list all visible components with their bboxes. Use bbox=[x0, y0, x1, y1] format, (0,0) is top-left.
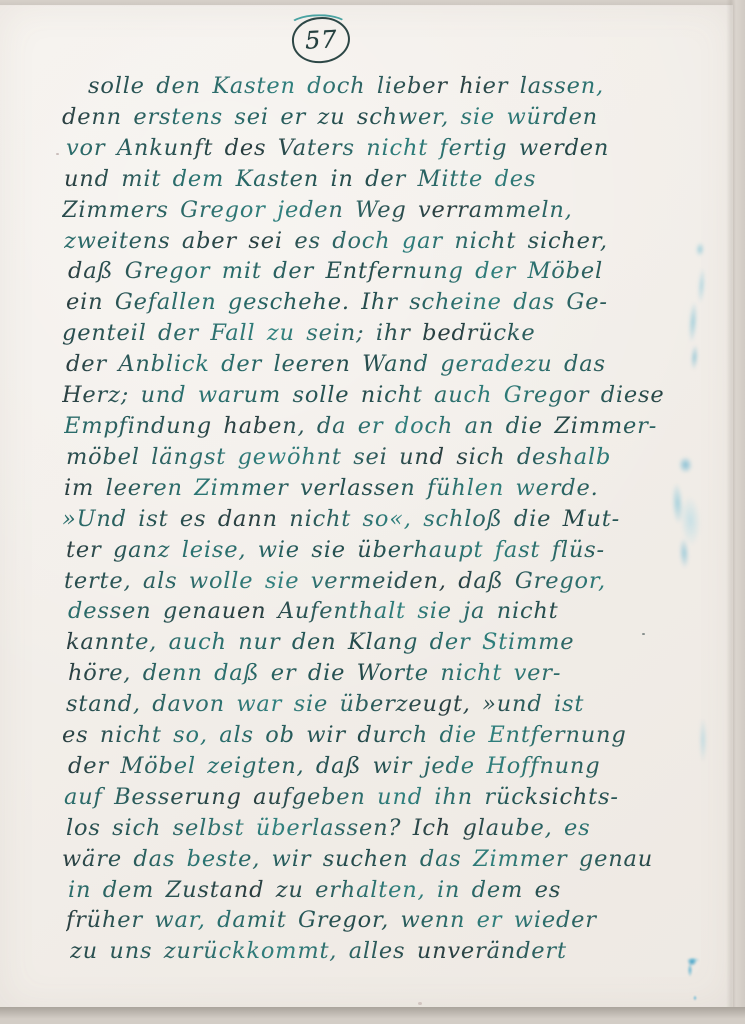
page-number: 57 bbox=[304, 25, 338, 55]
manuscript-line: denn erstens sei er zu schwer, sie würde… bbox=[62, 102, 677, 133]
page-number-badge: 57 bbox=[289, 14, 352, 67]
manuscript-line: dessen genauen Aufenthalt sie ja nicht bbox=[68, 596, 677, 627]
manuscript-line: daß Gregor mit der Entfernung der Möbel bbox=[68, 256, 677, 287]
manuscript-line: der Möbel zeigten, daß wir jede Hoffnung bbox=[68, 751, 677, 782]
paper-fleck bbox=[56, 153, 59, 155]
manuscript-line: der Anblick der leeren Wand geradezu das bbox=[66, 349, 677, 380]
scan-edge-top bbox=[0, 0, 745, 6]
manuscript-line: Empfindung haben, da er doch an die Zimm… bbox=[64, 411, 677, 442]
scan-edge-right bbox=[726, 0, 745, 1024]
manuscript-text: solle den Kasten doch lieber hier lassen… bbox=[62, 71, 677, 967]
paper-fleck bbox=[418, 1002, 422, 1005]
manuscript-line: zweitens aber sei es doch gar nicht sich… bbox=[64, 226, 677, 257]
manuscript-line: vor Ankunft des Vaters nicht fertig werd… bbox=[66, 133, 677, 164]
ink-smudge bbox=[696, 705, 710, 775]
paper-fleck bbox=[642, 633, 645, 635]
scan-edge-bottom bbox=[0, 1007, 745, 1024]
manuscript-line: stand, davon war sie überzeugt, »und ist bbox=[66, 689, 677, 720]
manuscript-line: Zimmers Gregor jeden Weg verrammeln, bbox=[62, 195, 677, 226]
manuscript-line: in dem Zustand zu erhalten, in dem es bbox=[68, 875, 677, 906]
manuscript-line: los sich selbst überlassen? Ich glaube, … bbox=[66, 813, 677, 844]
manuscript-line: terte, als wolle sie vermeiden, daß Greg… bbox=[64, 566, 677, 597]
manuscript-line: solle den Kasten doch lieber hier lassen… bbox=[88, 71, 677, 102]
ink-smudge bbox=[678, 950, 704, 980]
manuscript-line: möbel längst gewöhnt sei und sich deshal… bbox=[66, 442, 677, 473]
manuscript-line: kannte, auch nur den Klang der Stimme bbox=[66, 627, 677, 658]
manuscript-line: im leeren Zimmer verlassen fühlen werde. bbox=[64, 473, 677, 504]
manuscript-line: zu uns zurückkommt, alles unverändert bbox=[70, 936, 677, 967]
manuscript-line: auf Besserung aufgeben und ihn rücksicht… bbox=[64, 782, 677, 813]
manuscript-line: und mit dem Kasten in der Mitte des bbox=[64, 164, 677, 195]
manuscript-line: wäre das beste, wir suchen das Zimmer ge… bbox=[62, 844, 677, 875]
manuscript-line: ein Gefallen geschehe. Ihr scheine das G… bbox=[66, 287, 677, 318]
ink-smudge bbox=[675, 236, 711, 377]
manuscript-line: Herz; und warum solle nicht auch Gregor … bbox=[62, 380, 677, 411]
manuscript-line: ter ganz leise, wie sie überhaupt fast f… bbox=[66, 535, 677, 566]
manuscript-line: es nicht so, als ob wir durch die Entfer… bbox=[62, 720, 677, 751]
manuscript-line: früher war, damit Gregor, wenn er wieder bbox=[66, 905, 677, 936]
paper-sheet: 57 solle den Kasten doch lieber hier las… bbox=[0, 5, 733, 1009]
manuscript-line: höre, denn daß er die Worte nicht ver- bbox=[68, 658, 677, 689]
scanned-manuscript-page: 57 solle den Kasten doch lieber hier las… bbox=[0, 0, 745, 1024]
manuscript-line: »Und ist es dann nicht so«, schloß die M… bbox=[62, 504, 677, 535]
manuscript-line: genteil der Fall zu sein; ihr bedrücke bbox=[62, 318, 677, 349]
